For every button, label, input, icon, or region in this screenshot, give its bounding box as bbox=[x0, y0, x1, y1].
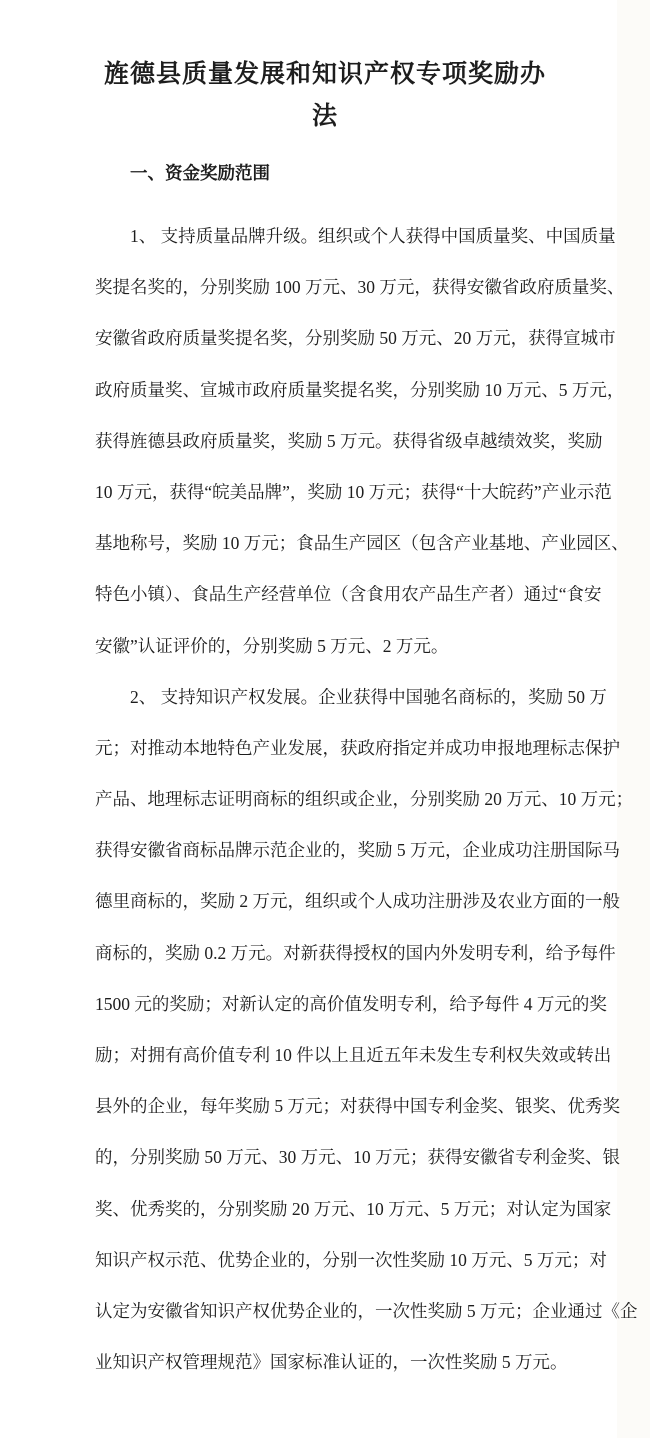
text-line: 政府质量奖、宣城市政府质量奖提名奖，分别奖励 10 万元、5 万元， bbox=[95, 365, 555, 416]
text-line: 德里商标的，奖励 2 万元，组织或个人成功注册涉及农业方面的一般 bbox=[95, 876, 555, 927]
text-line: 的，分别奖励 50 万元、30 万元、10 万元；获得安徽省专利金奖、银 bbox=[95, 1132, 555, 1183]
text-line: 基地称号，奖励 10 万元；食品生产园区（包含产业基地、产业园区、 bbox=[95, 518, 555, 569]
text-line: 2、 支持知识产权发展。企业获得中国驰名商标的，奖励 50 万 bbox=[95, 672, 555, 723]
text-line: 1、 支持质量品牌升级。组织或个人获得中国质量奖、中国质量 bbox=[95, 211, 555, 262]
text-line: 奖提名奖的，分别奖励 100 万元、30 万元，获得安徽省政府质量奖、 bbox=[95, 262, 555, 313]
text-line: 元；对推动本地特色产业发展，获政府指定并成功申报地理标志保护 bbox=[95, 723, 555, 774]
text-line: 获得安徽省商标品牌示范企业的，奖励 5 万元，企业成功注册国际马 bbox=[95, 825, 555, 876]
text-line: 特色小镇）、食品生产经营单位（含食用农产品生产者）通过“食安 bbox=[95, 569, 555, 620]
text-line: 商标的，奖励 0.2 万元。对新获得授权的国内外发明专利，给予每件 bbox=[95, 928, 555, 979]
section-heading: 一、资金奖励范围 bbox=[95, 160, 555, 186]
document-title: 旌德县质量发展和知识产权专项奖励办法 bbox=[95, 0, 555, 138]
text-line: 奖、优秀奖的，分别奖励 20 万元、10 万元、5 万元；对认定为国家 bbox=[95, 1184, 555, 1235]
text-line: 安徽”认证评价的，分别奖励 5 万元、2 万元。 bbox=[95, 621, 555, 672]
text-line: 业知识产权管理规范》国家标准认证的，一次性奖励 5 万元。 bbox=[95, 1337, 555, 1388]
text-line: 获得旌德县政府质量奖，奖励 5 万元。获得省级卓越绩效奖，奖励 bbox=[95, 416, 555, 467]
text-line: 10 万元，获得“皖美品牌”，奖励 10 万元；获得“十大皖药”产业示范 bbox=[95, 467, 555, 518]
text-line: 认定为安徽省知识产权优势企业的，一次性奖励 5 万元；企业通过《企 bbox=[95, 1286, 555, 1337]
document-page: 旌德县质量发展和知识产权专项奖励办法 一、资金奖励范围 1、 支持质量品牌升级。… bbox=[0, 0, 650, 1388]
text-line: 励；对拥有高价值专利 10 件以上且近五年未发生专利权失效或转出 bbox=[95, 1030, 555, 1081]
text-line: 知识产权示范、优势企业的，分别一次性奖励 10 万元、5 万元；对 bbox=[95, 1235, 555, 1286]
text-line: 1500 元的奖励；对新认定的高价值发明专利，给予每件 4 万元的奖 bbox=[95, 979, 555, 1030]
paragraph-2: 2、 支持知识产权发展。企业获得中国驰名商标的，奖励 50 万元；对推动本地特色… bbox=[95, 672, 555, 1389]
text-line: 县外的企业，每年奖励 5 万元；对获得中国专利金奖、银奖、优秀奖 bbox=[95, 1081, 555, 1132]
document-body: 1、 支持质量品牌升级。组织或个人获得中国质量奖、中国质量奖提名奖的，分别奖励 … bbox=[95, 211, 555, 1388]
paragraph-1: 1、 支持质量品牌升级。组织或个人获得中国质量奖、中国质量奖提名奖的，分别奖励 … bbox=[95, 211, 555, 672]
text-line: 产品、地理标志证明商标的组织或企业，分别奖励 20 万元、10 万元； bbox=[95, 774, 555, 825]
text-line: 安徽省政府质量奖提名奖，分别奖励 50 万元、20 万元，获得宣城市 bbox=[95, 313, 555, 364]
